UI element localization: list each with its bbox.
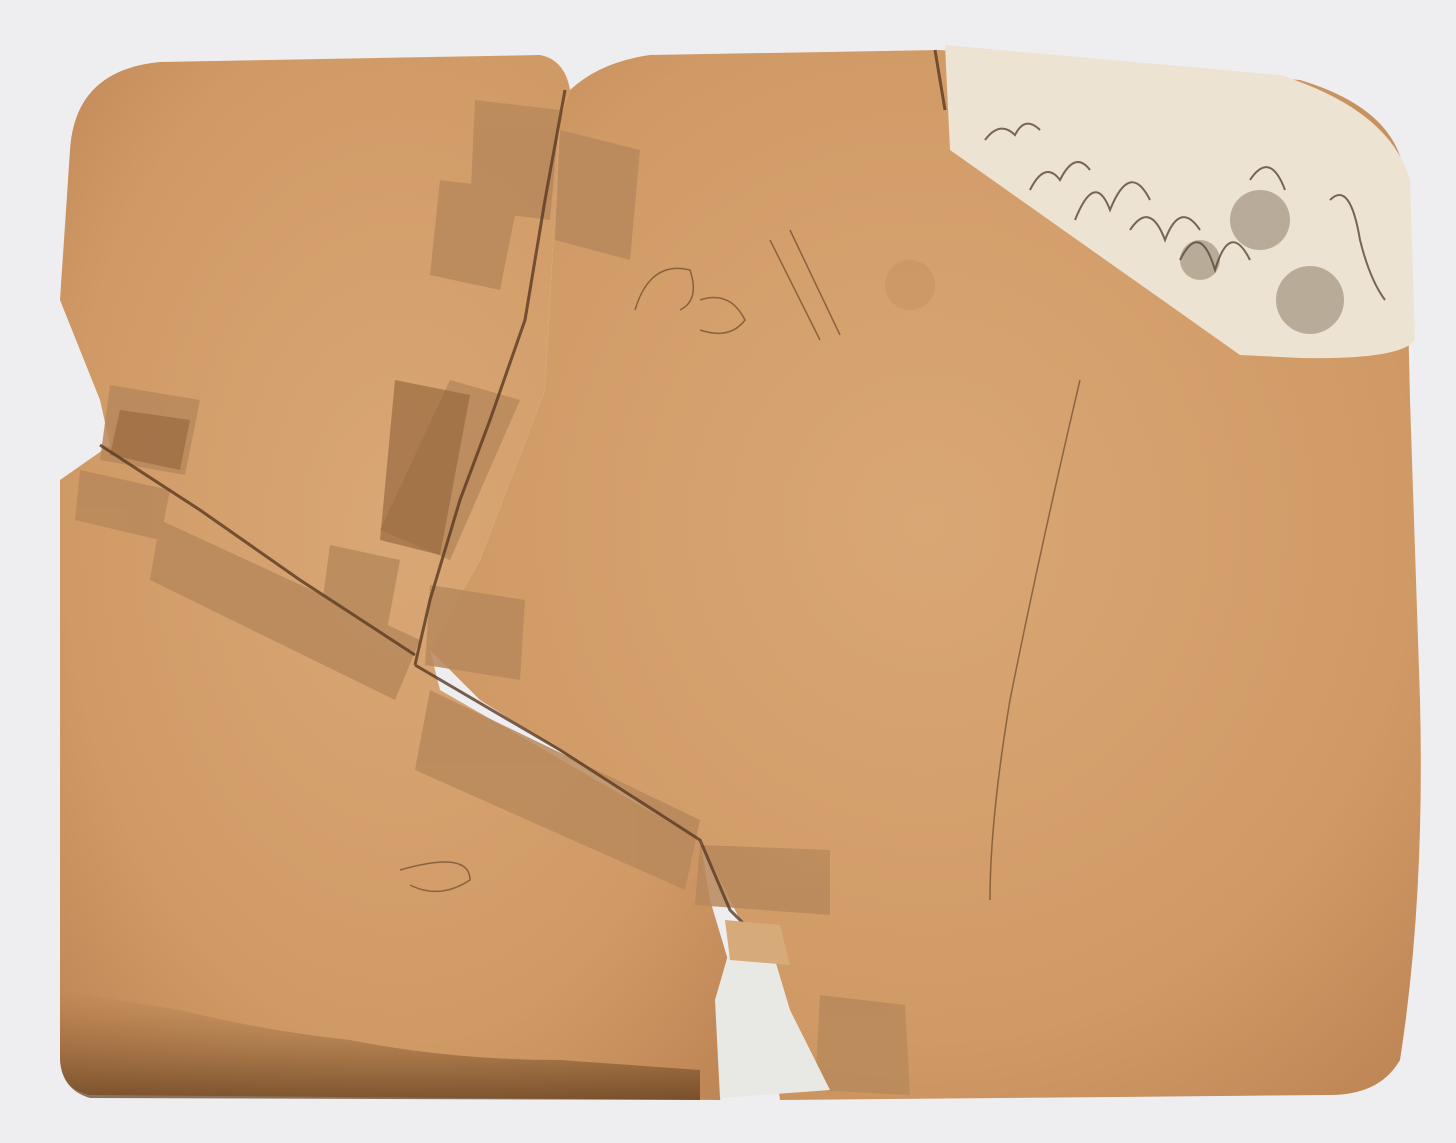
cardboard-photo-back: [0, 0, 1456, 1143]
photo-scene: [0, 0, 1456, 1143]
